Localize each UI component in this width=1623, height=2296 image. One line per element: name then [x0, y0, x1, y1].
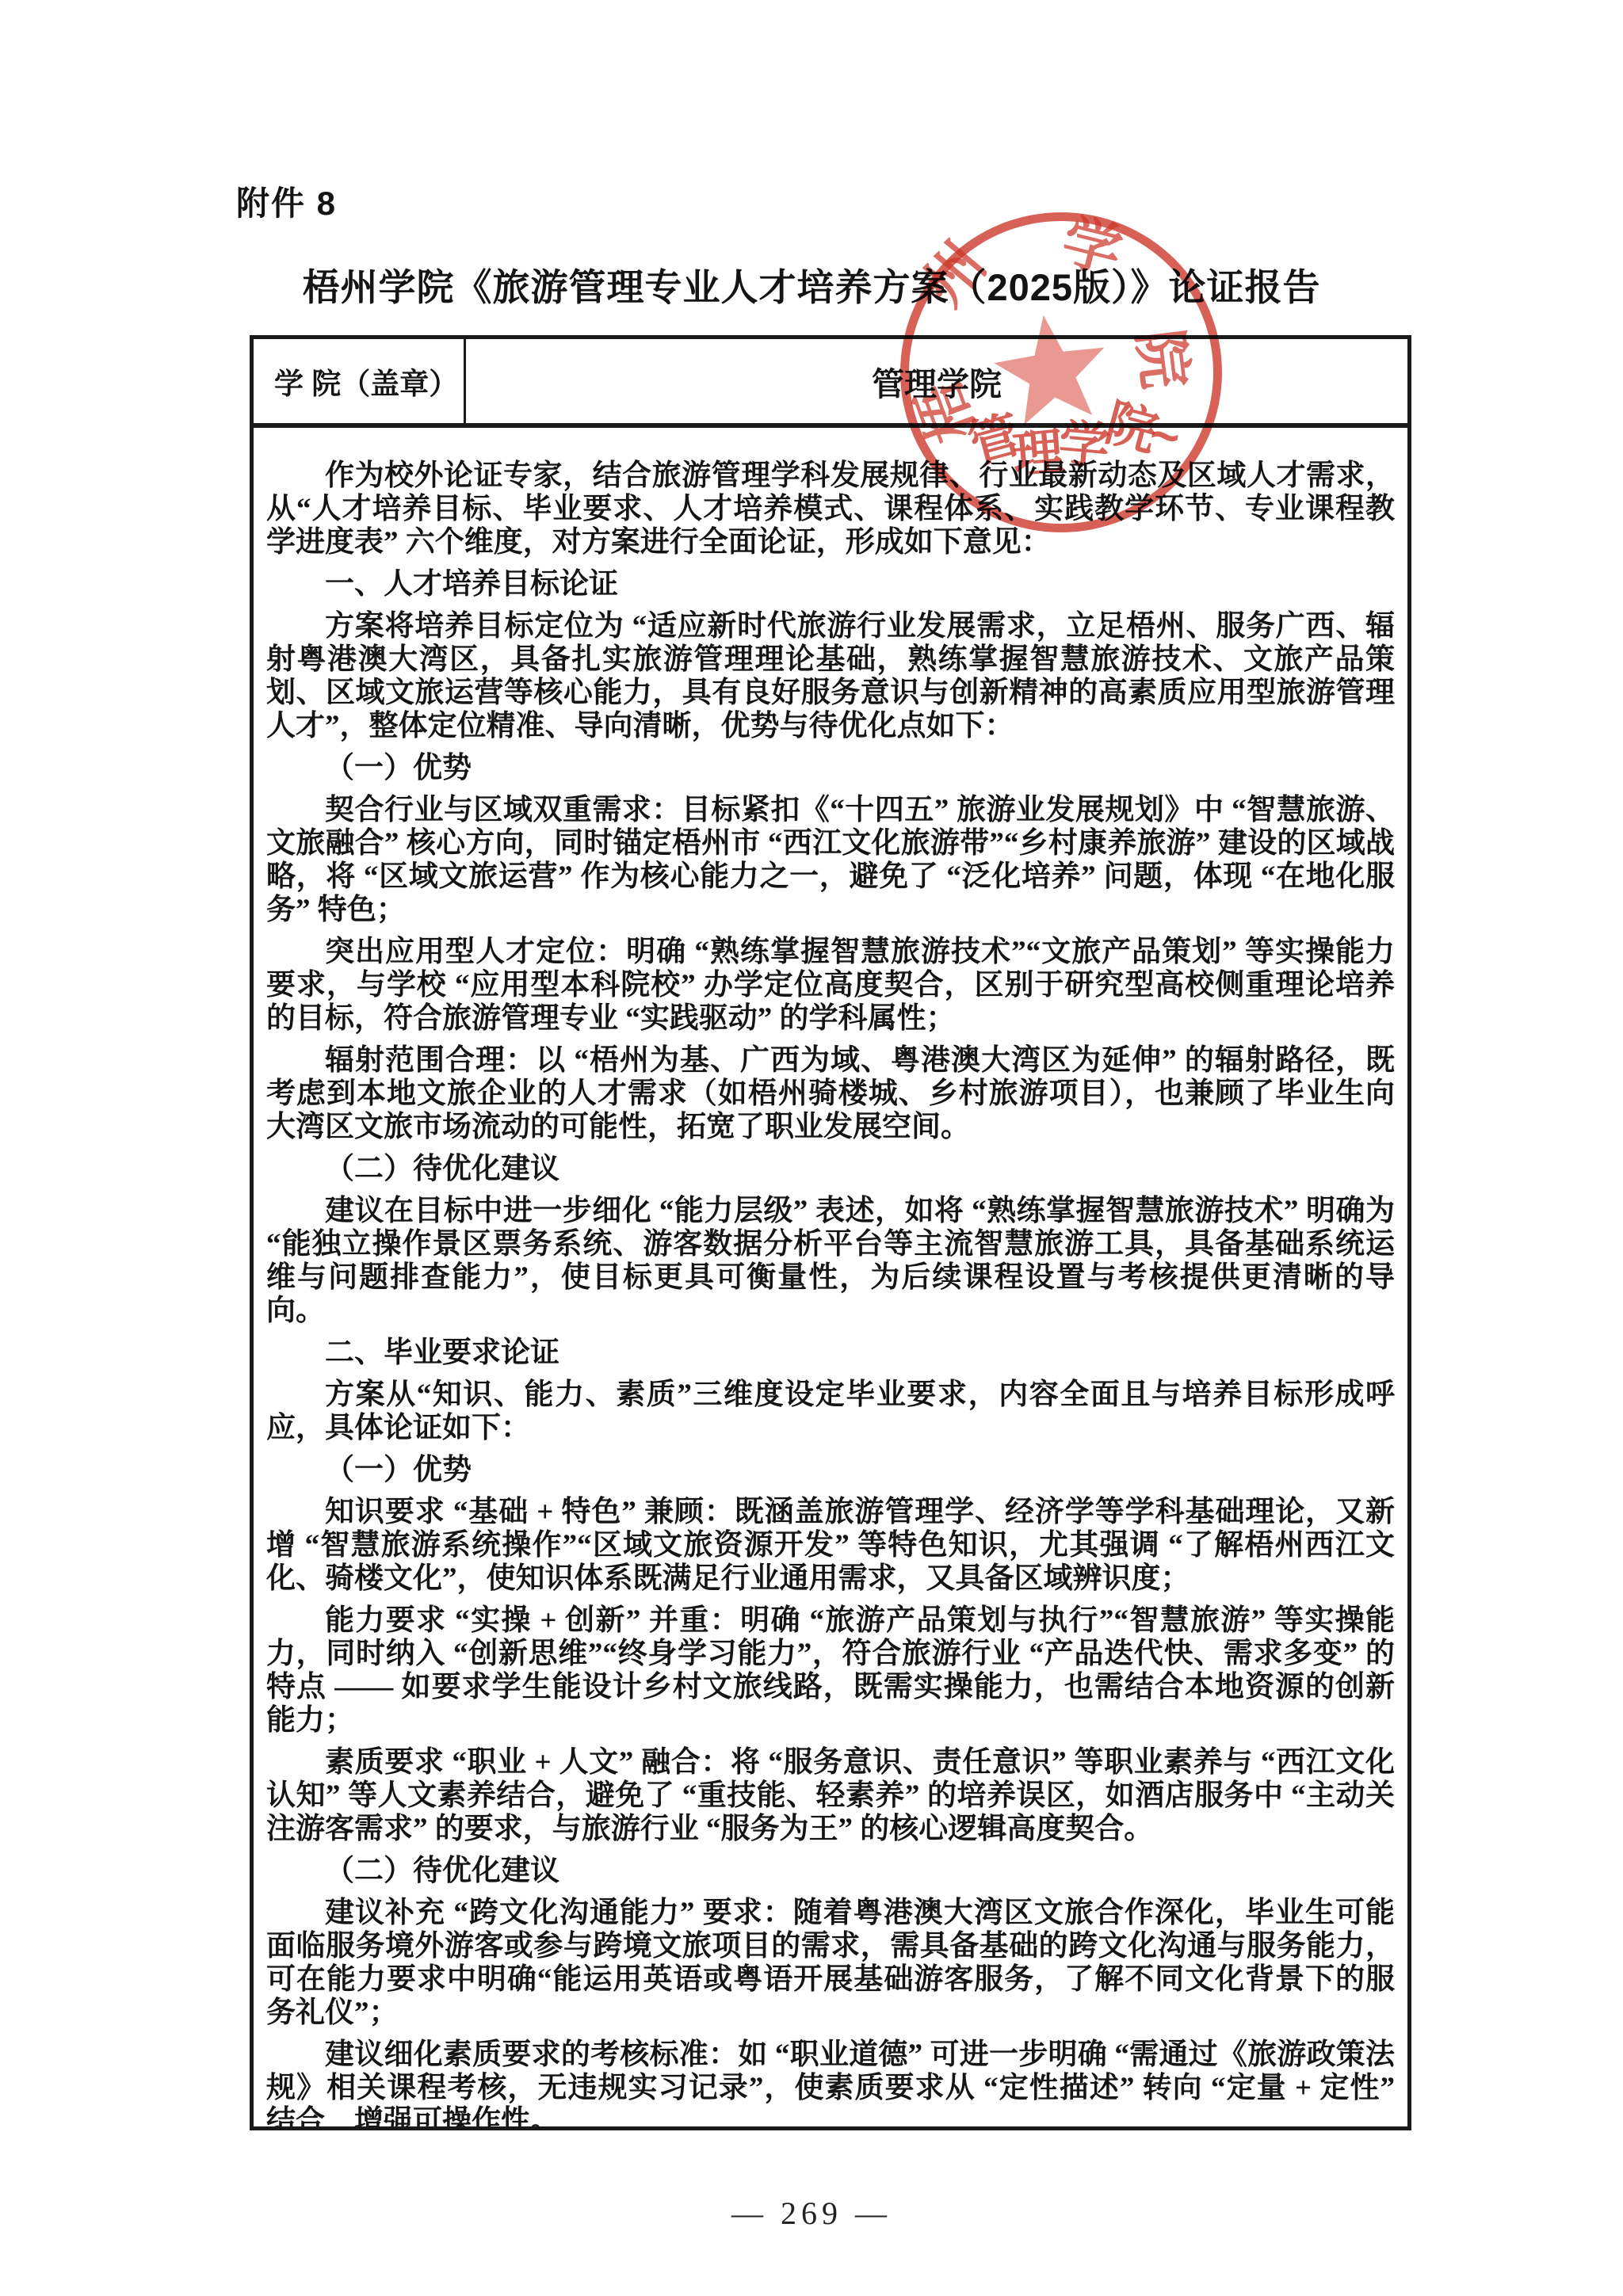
table-header-row: 学 院（盖章） 管理学院: [254, 339, 1407, 428]
document-page: 附件 8 梧州学院《旅游管理专业人才培养方案（2025版）》论证报告 学 院（盖…: [0, 0, 1623, 2296]
body-paragraph: 能力要求 “实操 + 创新” 并重：明确 “旅游产品策划与执行”“智慧旅游” 等…: [266, 1604, 1395, 1737]
section-heading: 二、毕业要求论证: [266, 1337, 1395, 1370]
body-paragraph: 建议在目标中进一步细化 “能力层级” 表述，如将 “熟练掌握智慧旅游技术” 明确…: [266, 1195, 1395, 1328]
attachment-label: 附件 8: [236, 177, 337, 225]
body-paragraph: 素质要求 “职业 + 人文” 融合：将 “服务意识、责任意识” 等职业素养与 “…: [266, 1746, 1395, 1846]
body-paragraph: 契合行业与区域双重需求：目标紧扣《“十四五” 旅游业发展规划》中 “智慧旅游、文…: [266, 794, 1395, 927]
college-seal-label: 学 院（盖章）: [254, 339, 466, 423]
section-heading: （二）待优化建议: [266, 1153, 1395, 1186]
college-name-value: 管理学院: [466, 339, 1407, 423]
section-heading: 一、人才培养目标论证: [266, 568, 1395, 601]
report-table: 学 院（盖章） 管理学院 作为校外论证专家，结合旅游管理学科发展规律、行业最新动…: [250, 335, 1411, 2130]
body-paragraph: 辐射范围合理：以 “梧州为基、广西为域、粤港澳大湾区为延伸” 的辐射路径，既考虑…: [266, 1044, 1395, 1144]
body-paragraph: 作为校外论证专家，结合旅游管理学科发展规律、行业最新动态及区域人才需求，从“人才…: [266, 460, 1395, 559]
page-number: — 269 —: [0, 2195, 1623, 2232]
report-body-cell: 作为校外论证专家，结合旅游管理学科发展规律、行业最新动态及区域人才需求，从“人才…: [254, 428, 1407, 2126]
body-paragraph: 方案从“知识、能力、素质”三维度设定毕业要求，内容全面且与培养目标形成呼应，具体…: [266, 1379, 1395, 1445]
body-paragraph: 突出应用型人才定位：明确 “熟练掌握智慧旅游技术”“文旅产品策划” 等实操能力要…: [266, 936, 1395, 1035]
body-paragraph: 建议补充 “跨文化沟通能力” 要求：随着粤港澳大湾区文旅合作深化，毕业生可能面临…: [266, 1897, 1395, 2030]
section-heading: （一）优势: [266, 752, 1395, 785]
page-title: 梧州学院《旅游管理专业人才培养方案（2025版）》论证报告: [0, 258, 1623, 311]
body-paragraph: 建议细化素质要求的考核标准：如 “职业道德” 可进一步明确 “需通过《旅游政策法…: [266, 2039, 1395, 2126]
body-paragraph: 知识要求 “基础 + 特色” 兼顾：既涵盖旅游管理学、经济学等学科基础理论，又新…: [266, 1496, 1395, 1596]
section-heading: （一）优势: [266, 1454, 1395, 1487]
section-heading: （二）待优化建议: [266, 1855, 1395, 1888]
body-paragraph: 方案将培养目标定位为 “适应新时代旅游行业发展需求，立足梧州、服务广西、辐射粤港…: [266, 610, 1395, 743]
